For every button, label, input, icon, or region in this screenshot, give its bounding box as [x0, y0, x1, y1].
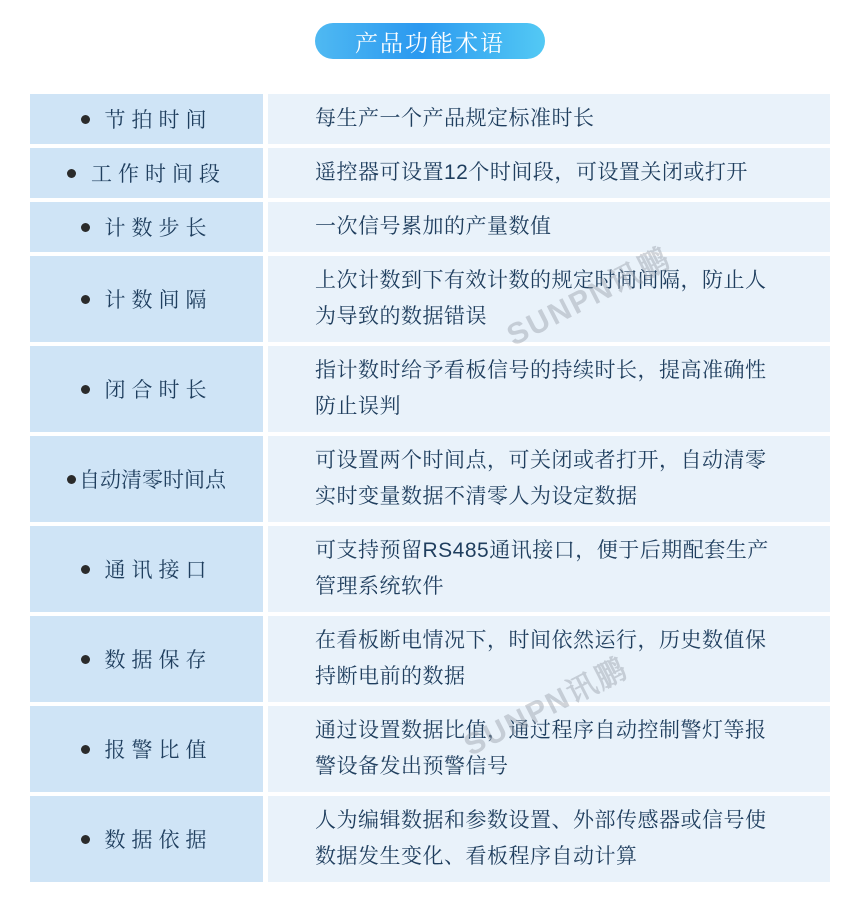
description-cell: 人为编辑数据和参数设置、外部传感器或信号使数据发生变化、看板程序自动计算 — [268, 796, 830, 882]
bullet-icon — [81, 115, 90, 124]
term-label: 通讯接口 — [105, 554, 213, 584]
description-cell: 通过设置数据比值，通过程序自动控制警灯等报警设备发出预警信号 — [268, 706, 830, 792]
term-cell: 计数步长 — [30, 202, 263, 252]
description-text: 遥控器可设置12个时间段，可设置关闭或打开 — [315, 155, 748, 191]
bullet-icon — [81, 295, 90, 304]
description-text: 上次计数到下有效计数的规定时间间隔，防止人为导致的数据错误 — [315, 263, 770, 335]
terms-table: 节拍时间 每生产一个产品规定标准时长 工作时间段 遥控器可设置12个时间段，可设… — [30, 94, 830, 882]
term-label: 报警比值 — [105, 734, 213, 764]
description-cell: 每生产一个产品规定标准时长 — [268, 94, 830, 144]
term-label: 数据保存 — [105, 644, 213, 674]
description-cell: 上次计数到下有效计数的规定时间间隔，防止人为导致的数据错误 — [268, 256, 830, 342]
description-text: 指计数时给予看板信号的持续时长，提高准确性防止误判 — [315, 353, 770, 425]
term-cell: 自动清零时间点 — [30, 436, 263, 522]
term-label: 数据依据 — [105, 824, 213, 854]
bullet-icon — [81, 745, 90, 754]
term-cell: 通讯接口 — [30, 526, 263, 612]
description-cell: 可支持预留RS485通讯接口，便于后期配套生产管理系统软件 — [268, 526, 830, 612]
term-label: 自动清零时间点 — [79, 464, 226, 494]
description-cell: 在看板断电情况下，时间依然运行，历史数值保持断电前的数据 — [268, 616, 830, 702]
description-text: 一次信号累加的产量数值 — [315, 209, 552, 245]
term-cell: 计数间隔 — [30, 256, 263, 342]
description-text: 每生产一个产品规定标准时长 — [315, 101, 595, 137]
page-title: 产品功能术语 — [355, 25, 505, 58]
term-cell: 报警比值 — [30, 706, 263, 792]
description-text: 人为编辑数据和参数设置、外部传感器或信号使数据发生变化、看板程序自动计算 — [315, 803, 770, 875]
bullet-icon — [67, 475, 76, 484]
bullet-icon — [81, 385, 90, 394]
bullet-icon — [81, 655, 90, 664]
description-cell: 指计数时给予看板信号的持续时长，提高准确性防止误判 — [268, 346, 830, 432]
term-cell: 工作时间段 — [30, 148, 263, 198]
term-label: 计数步长 — [105, 212, 213, 242]
term-cell: 节拍时间 — [30, 94, 263, 144]
bullet-icon — [81, 565, 90, 574]
term-label: 节拍时间 — [105, 104, 213, 134]
description-cell: 一次信号累加的产量数值 — [268, 202, 830, 252]
term-cell: 数据保存 — [30, 616, 263, 702]
description-text: 通过设置数据比值，通过程序自动控制警灯等报警设备发出预警信号 — [315, 713, 770, 785]
page: { "page_title": "产品功能术语", "watermark": {… — [0, 0, 860, 909]
term-cell: 数据依据 — [30, 796, 263, 882]
page-title-badge: 产品功能术语 — [315, 23, 545, 59]
description-text: 可设置两个时间点，可关闭或者打开，自动清零实时变量数据不清零人为设定数据 — [315, 443, 770, 515]
bullet-icon — [81, 223, 90, 232]
term-cell: 闭合时长 — [30, 346, 263, 432]
term-label: 计数间隔 — [105, 284, 213, 314]
description-text: 在看板断电情况下，时间依然运行，历史数值保持断电前的数据 — [315, 623, 770, 695]
description-cell: 遥控器可设置12个时间段，可设置关闭或打开 — [268, 148, 830, 198]
term-label: 工作时间段 — [91, 158, 226, 188]
description-text: 可支持预留RS485通讯接口，便于后期配套生产管理系统软件 — [315, 533, 770, 605]
bullet-icon — [67, 169, 76, 178]
bullet-icon — [81, 835, 90, 844]
description-cell: 可设置两个时间点，可关闭或者打开，自动清零实时变量数据不清零人为设定数据 — [268, 436, 830, 522]
term-label: 闭合时长 — [105, 374, 213, 404]
